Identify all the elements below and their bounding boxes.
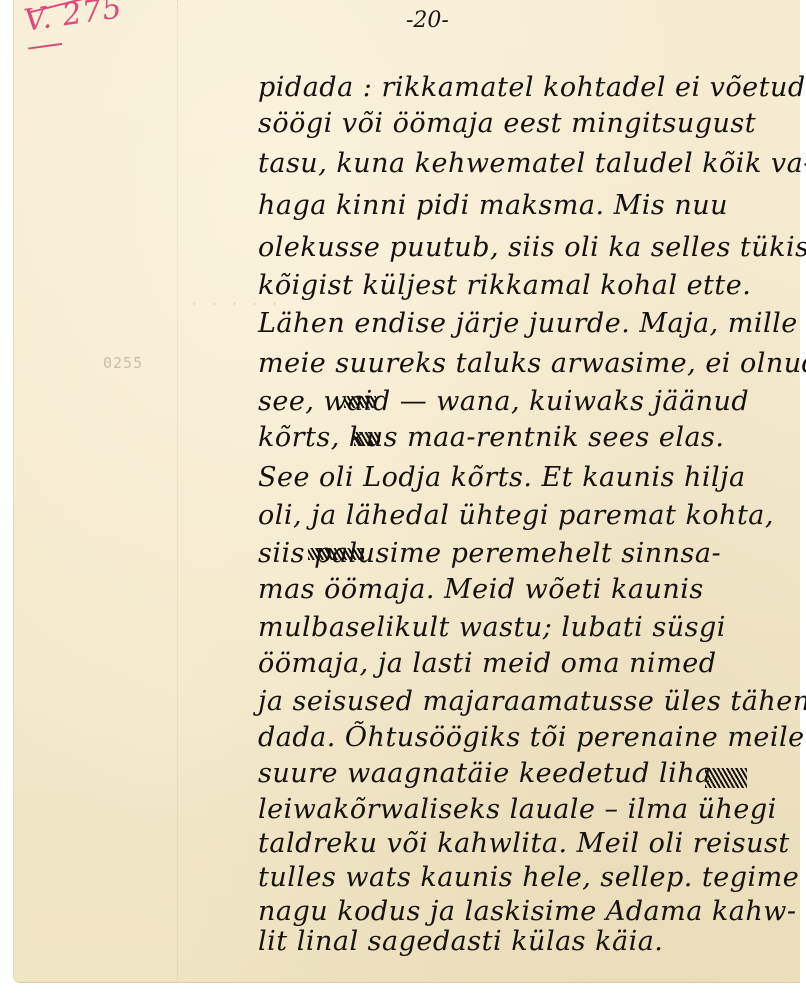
fold-line (177, 0, 178, 982)
text-line-18: dada. Õhtusöögiks tõi perenaine meile (258, 722, 805, 753)
text-line-6: kõigist küljest rikkamal kohal ette. (258, 270, 751, 301)
text-line-20: leiwakõrwaliseks lauale – ilma ühegi (258, 794, 777, 825)
text-line-14: mas öömaja. Meid wõeti kaunis (258, 574, 704, 605)
text-line-3: tasu, kuna kehwematel taludel kõik va- (258, 148, 806, 179)
text-line-8: meie suureks taluks arwasime, ei olnud (258, 348, 806, 379)
text-line-15: mulbaselikult wastu; lubati süsgi (258, 612, 726, 643)
text-line-19: suure waagnatäie keedetud liha (258, 758, 712, 789)
text-line-1: pidada : rikkamatel kohtadel ei võetud (258, 72, 806, 103)
text-line-4: haga kinni pidi maksma. Mis nuu (258, 190, 728, 221)
text-line-23: nagu kodus ja laskisime Adama kahw- (258, 896, 797, 927)
faint-stamp-number: 0255 (103, 354, 143, 372)
text-line-12: oli, ja lähedal ühtegi paremat kohta, (258, 500, 774, 531)
struck-word-line-19 (705, 768, 747, 788)
text-line-7: Lähen endise järje juurde. Maja, mille (258, 308, 798, 339)
text-line-10: kõrts, kus maa-rentnik sees elas. (258, 422, 725, 453)
text-line-9: see, waid — wana, kuiwaks jäänud (258, 386, 749, 417)
text-line-16: öömaja, ja lasti meid oma nimed (258, 648, 717, 679)
struck-word-line-13 (308, 548, 364, 560)
text-line-22: tulles wats kaunis hele, sellep. tegime (258, 862, 799, 893)
text-line-24: lit linal sagedasti külas käia. (258, 926, 663, 957)
page-number: -20- (406, 8, 449, 33)
struck-word-line-10 (354, 432, 380, 446)
text-line-17: ja seisused majaraamatusse üles tähen- (258, 686, 806, 717)
text-line-2: söögi või öömaja eest mingitsugust (258, 108, 756, 139)
text-line-5: olekusse puutub, siis oli ka selles tüki… (258, 232, 806, 263)
struck-word-line-9 (344, 396, 376, 408)
text-line-11: See oli Lodja kõrts. Et kaunis hilja (258, 462, 746, 493)
text-line-21: taldreku või kahwlita. Meil oli reisust (258, 828, 790, 859)
